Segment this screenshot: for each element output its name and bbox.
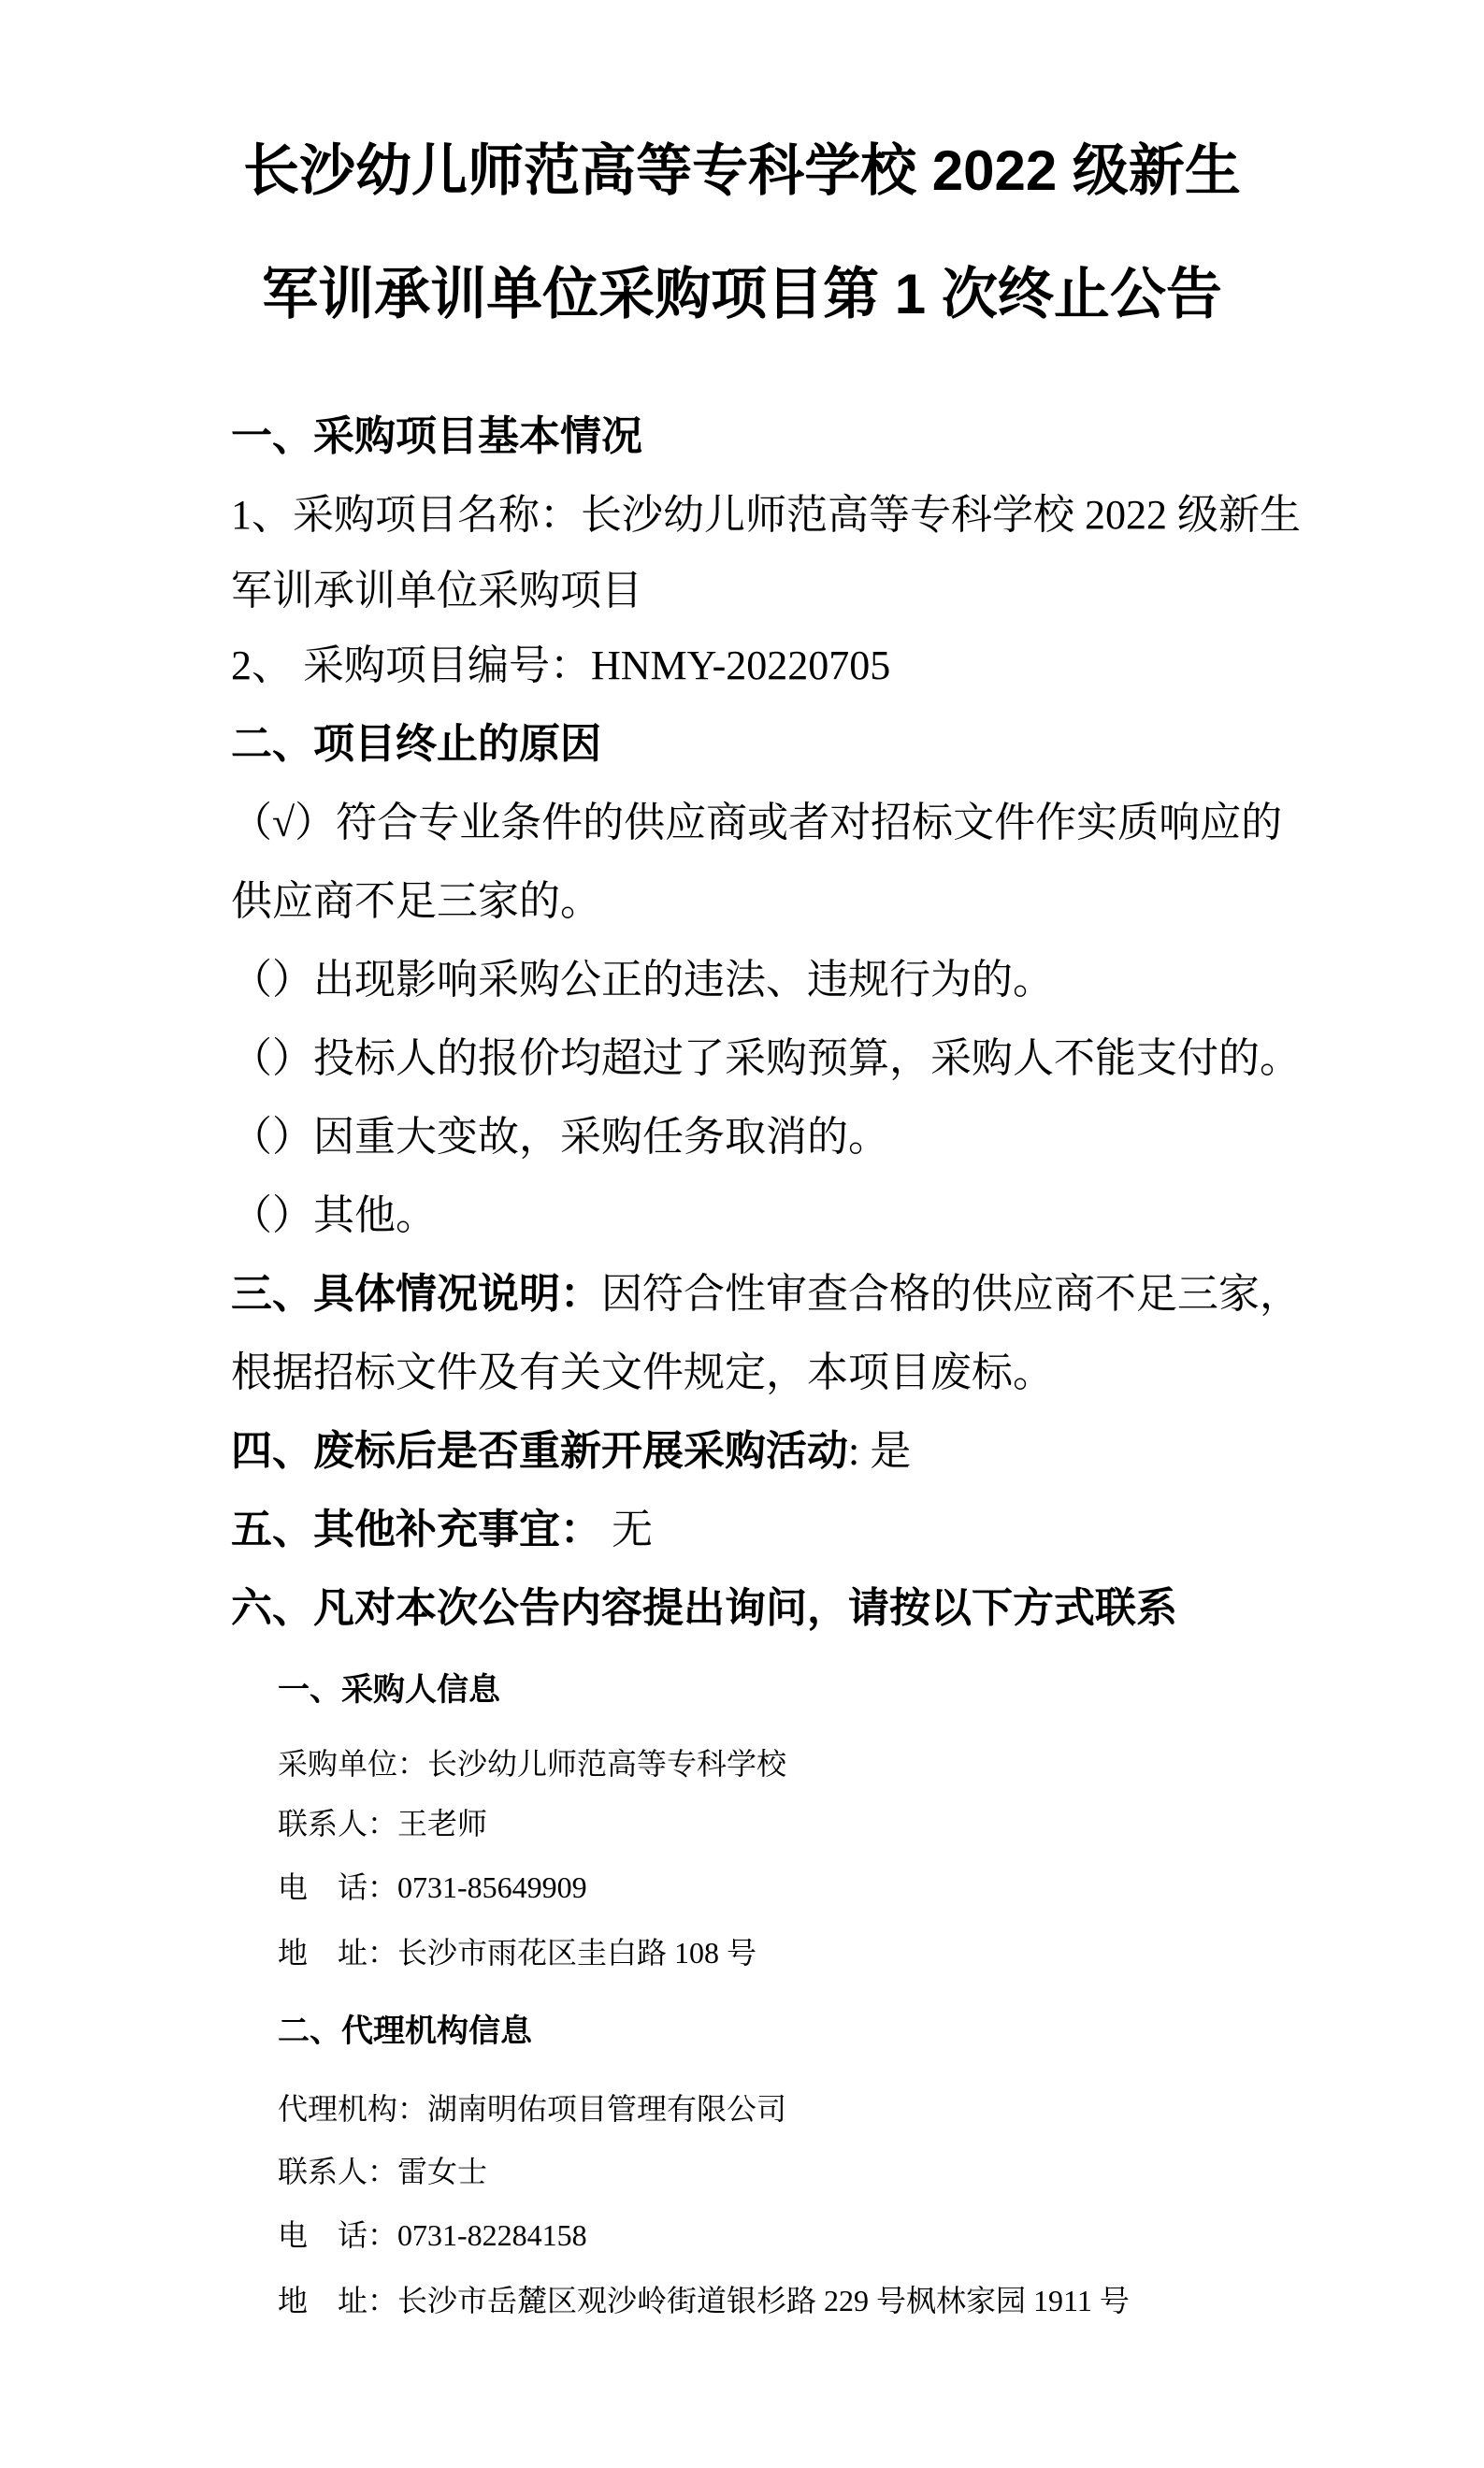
section-1-heading: 一、采购项目基本情况 [231, 414, 642, 459]
project-number: 2、 采购项目编号：HNMY-20220705 [231, 643, 890, 688]
purchaser-heading: 一、采购人信息 [278, 1673, 500, 1708]
section-3-line-1: 三、具体情况说明：因符合性审查合格的供应商不足三家， [231, 1272, 1301, 1317]
reason-unchecked-4: （）因重大变故，采购任务取消的。 [231, 1115, 889, 1160]
purchaser-contact: 联系人：王老师 [278, 1808, 487, 1840]
section-4-line: 四、废标后是否重新开展采购活动: 是 [231, 1429, 911, 1474]
reason-unchecked-2: （）出现影响采购公正的违法、违规行为的。 [231, 958, 1054, 1003]
reason-checked-line-2: 供应商不足三家的。 [231, 879, 601, 924]
section-5-line: 五、其他补充事宜： 无 [231, 1508, 653, 1552]
section-5-heading: 五、其他补充事宜： [231, 1507, 601, 1552]
section-2-heading: 二、项目终止的原因 [231, 722, 601, 767]
section-4-value: : 是 [848, 1428, 911, 1474]
purchaser-unit: 采购单位：长沙幼儿师范高等专科学校 [278, 1748, 786, 1781]
title-line-2: 军训承训单位采购项目第 1 次终止公告 [0, 264, 1484, 325]
section-3-text: 因符合性审查合格的供应商不足三家， [601, 1271, 1301, 1317]
section-5-value: 无 [601, 1507, 653, 1552]
section-6-heading: 六、凡对本次公告内容提出询问，请按以下方式联系 [231, 1586, 1177, 1631]
document-page: { "title": { "line1": "长沙幼儿师范高等专科学校 2022… [0, 0, 1484, 2468]
agency-heading: 二、代理机构信息 [278, 2014, 532, 2049]
agency-address: 地 址：长沙市岳麓区观沙岭街道银杉路 229 号枫林家园 1911 号 [278, 2285, 1130, 2317]
agency-contact: 联系人：雷女士 [278, 2156, 487, 2188]
project-name-line-1: 1、采购项目名称：长沙幼儿师范高等专科学校 2022 级新生 [231, 493, 1301, 538]
purchaser-phone: 电 话：0731-85649909 [278, 1871, 587, 1904]
agency-name: 代理机构：湖南明佑项目管理有限公司 [278, 2093, 786, 2126]
reason-checked-line-1: （√）符合专业条件的供应商或者对招标文件作实质响应的 [231, 801, 1282, 845]
agency-phone: 电 话：0731-82284158 [278, 2219, 587, 2252]
reason-unchecked-3: （）投标人的报价均超过了采购预算，采购人不能支付的。 [231, 1036, 1301, 1081]
section-3-heading: 三、具体情况说明： [231, 1271, 601, 1317]
reason-unchecked-5: （）其他。 [231, 1193, 437, 1238]
section-4-heading: 四、废标后是否重新开展采购活动 [231, 1428, 848, 1474]
purchaser-address: 地 址：长沙市雨花区圭白路 108 号 [278, 1937, 756, 1970]
title-line-1: 长沙幼儿师范高等专科学校 2022 级新生 [0, 140, 1484, 202]
section-3-line-2: 根据招标文件及有关文件规定，本项目废标。 [231, 1350, 1054, 1395]
project-name-line-2: 军训承训单位采购项目 [231, 569, 642, 613]
